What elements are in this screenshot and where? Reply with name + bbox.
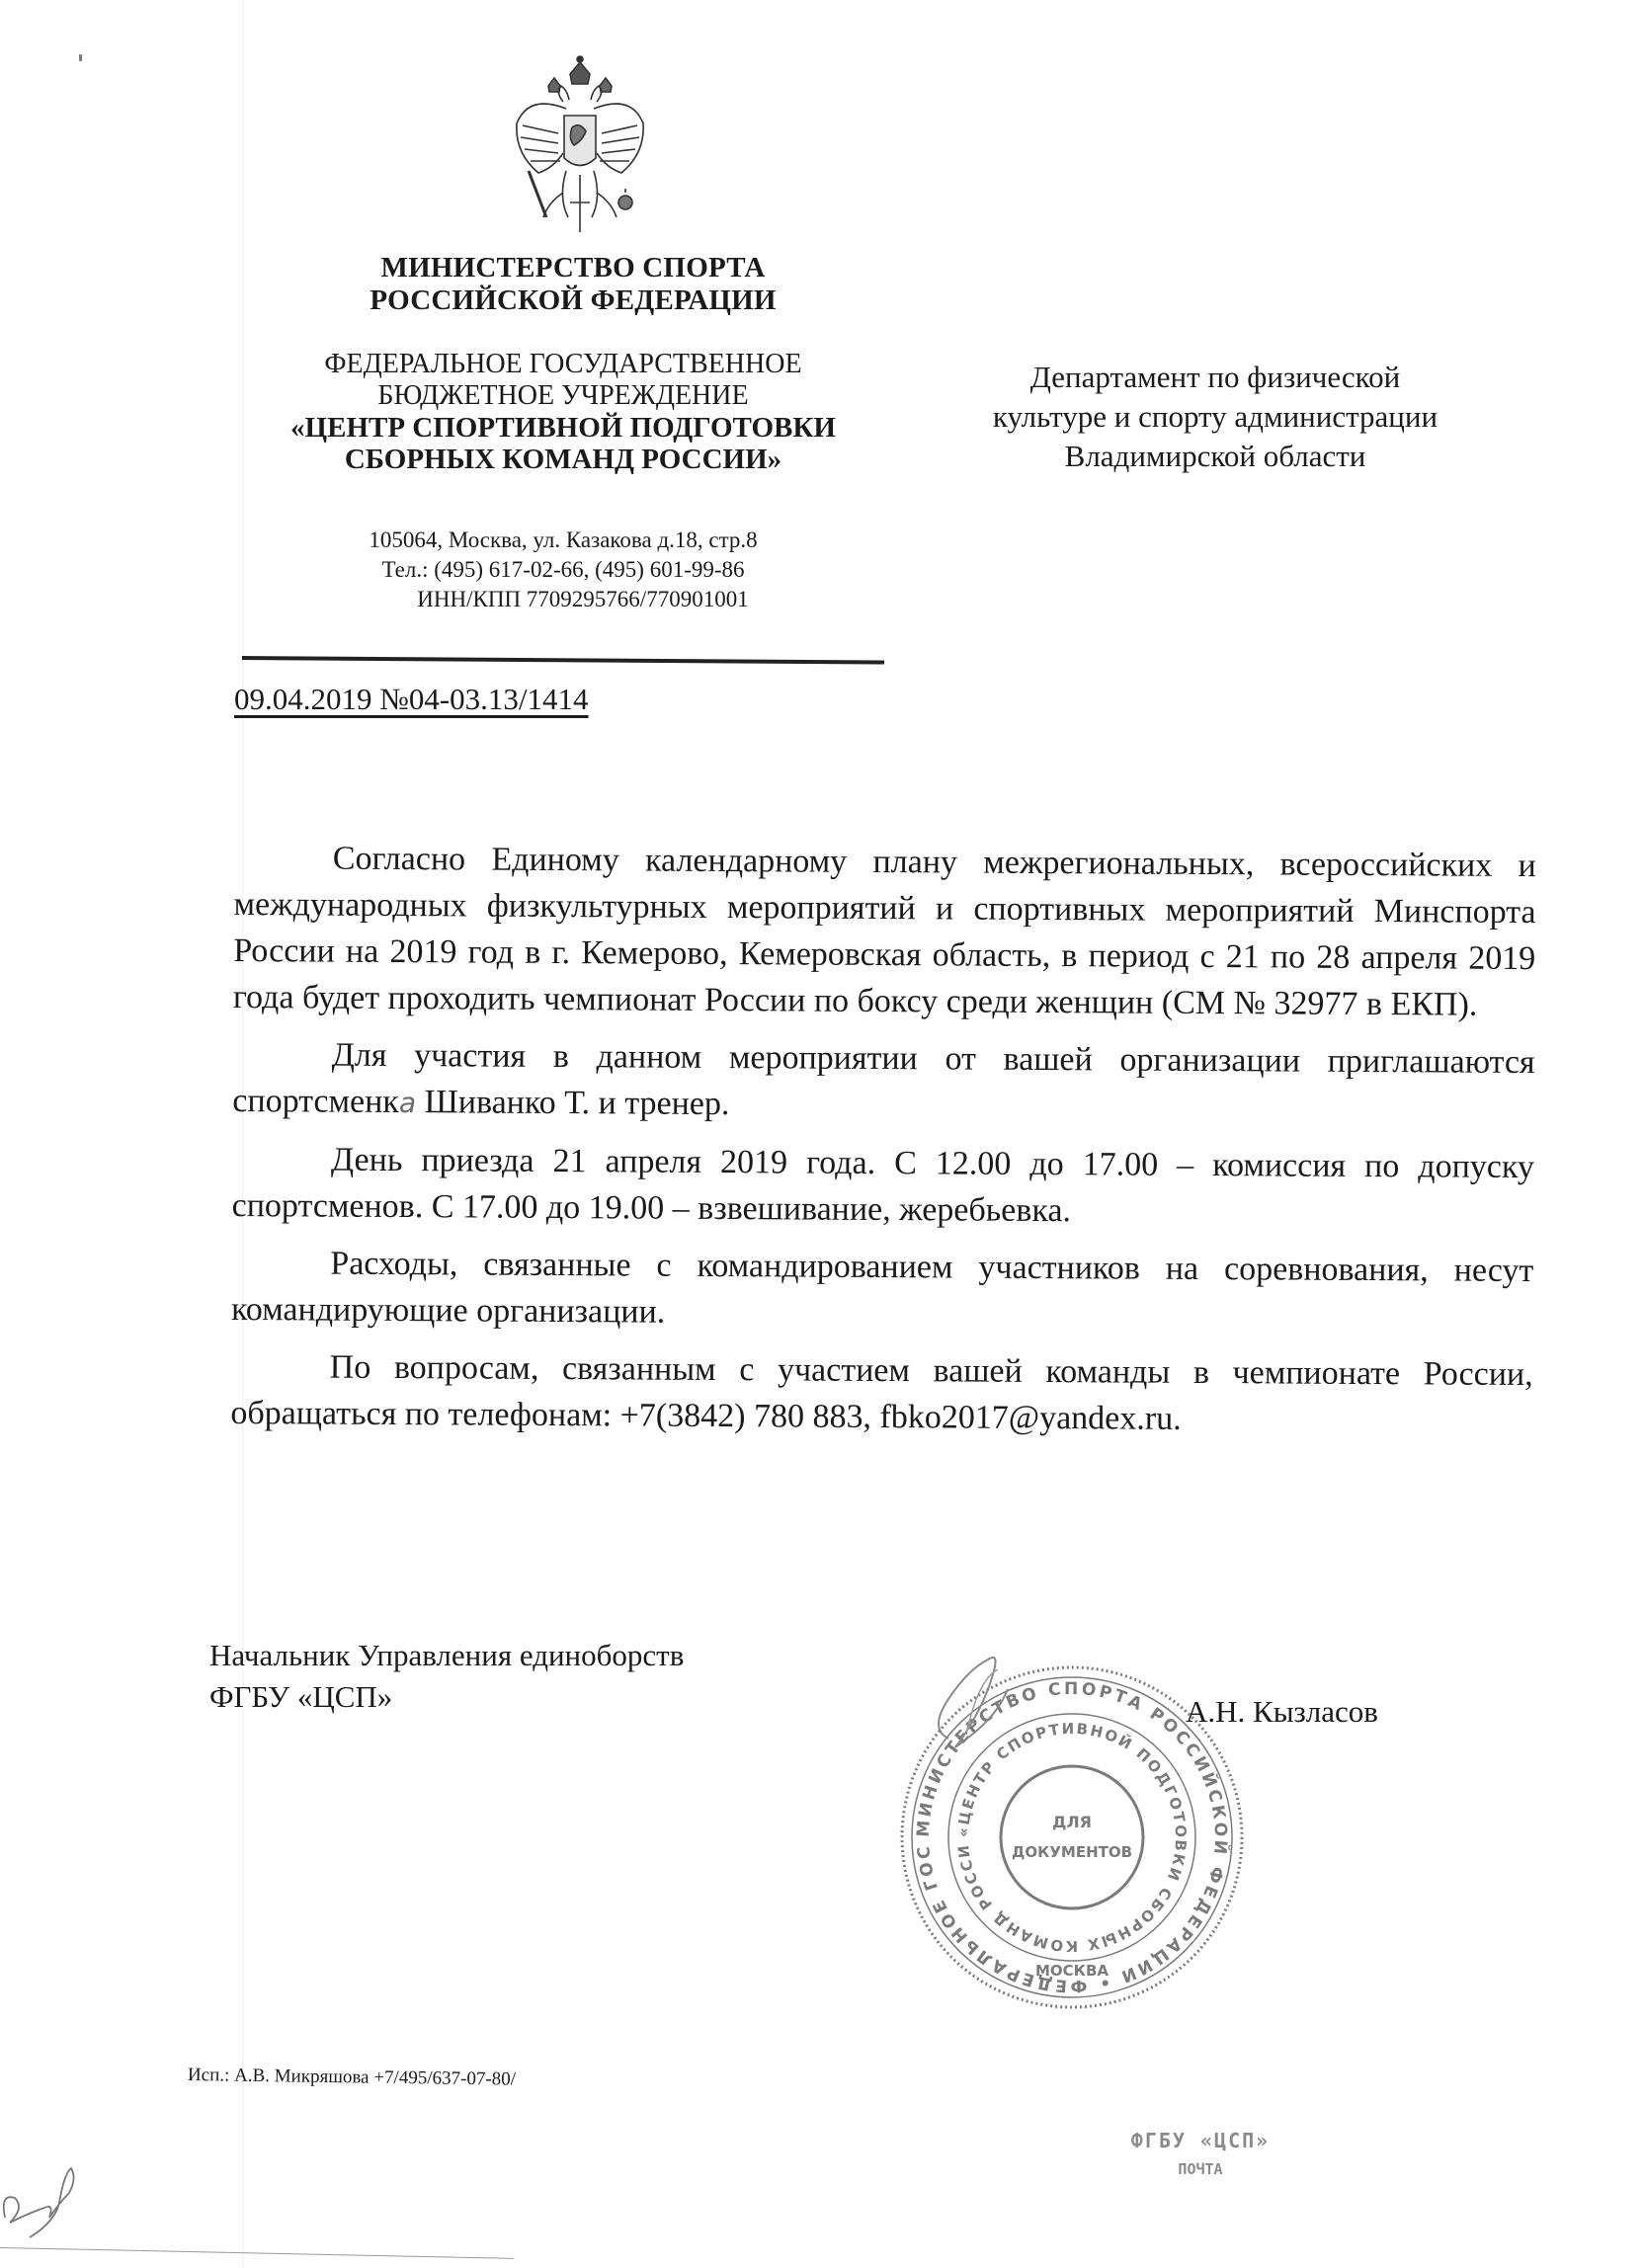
coat-of-arms-icon <box>509 54 652 247</box>
signatory-title-line-2: ФГБУ «ЦСП» <box>209 1676 684 1718</box>
organization-contacts: 105064, Москва, ул. Казакова д.18, стр.8… <box>296 526 830 614</box>
paragraph-2: Для участия в данном мероприятии от ваше… <box>232 1031 1535 1133</box>
document-reference: 09.04.2019 №04-03.13/1414 <box>234 682 589 717</box>
org-line-4: СБОРНЫХ КОМАНД РОССИИ» <box>267 444 860 475</box>
mail-stamp-line-2: ПОЧТА <box>1102 2160 1299 2178</box>
org-line-2: БЮДЖЕТНОЕ УЧРЕЖДЕНИЕ <box>267 380 860 412</box>
page-edge-shadow <box>0 2247 514 2259</box>
org-line-1: ФЕДЕРАЛЬНОЕ ГОСУДАРСТВЕННОЕ <box>267 349 860 380</box>
handwritten-correction: а <box>399 1087 416 1119</box>
ministry-line-2: РОССИЙСКОЙ ФЕДЕРАЦИИ <box>326 284 820 317</box>
paragraph-5: По вопросам, связанным с участием вашей … <box>230 1343 1533 1444</box>
paragraph-3: День приезда 21 апреля 2019 года. С 12.0… <box>232 1136 1535 1237</box>
letter-body: Согласно Единому календарному плану межр… <box>230 835 1536 1455</box>
signatory-title: Начальник Управления единоборств ФГБУ «Ц… <box>209 1635 684 1718</box>
organization-name: ФЕДЕРАЛЬНОЕ ГОСУДАРСТВЕННОЕ БЮДЖЕТНОЕ УЧ… <box>267 349 860 475</box>
recipient-line-3: Владимирской области <box>919 437 1512 476</box>
mail-stamp-line-1: ФГБУ «ЦСП» <box>1102 2129 1299 2152</box>
svg-text:ДЛЯ: ДЛЯ <box>1052 1813 1092 1831</box>
ministry-line-1: МИНИСТЕРСТВО СПОРТА <box>326 252 820 284</box>
signature-scribble-icon <box>889 1640 1087 1758</box>
paragraph-1: Согласно Единому календарному плану межр… <box>233 835 1536 1028</box>
recipient-line-1: Департамент по физической <box>919 358 1512 397</box>
inn-kpp: ИНН/КПП 7709295766/770901001 <box>296 585 830 614</box>
svg-text:ДОКУМЕНТОВ: ДОКУМЕНТОВ <box>1012 1843 1132 1861</box>
executor-line: Исп.: А.В. Микряшова +7/495/637-07-80/ <box>188 2065 516 2091</box>
signatory-title-line-1: Начальник Управления единоборств <box>209 1635 684 1676</box>
paragraph-2-text-end: Шиванко Т. и тренер. <box>416 1084 730 1122</box>
mail-stamp: ФГБУ «ЦСП» ПОЧТА <box>1102 2129 1299 2178</box>
paragraph-4: Расходы, связанные с командированием уча… <box>231 1240 1534 1340</box>
letterhead-divider <box>242 656 884 665</box>
recipient-line-2: культуре и спорту администрации <box>919 397 1512 437</box>
scan-speck <box>79 54 82 61</box>
signatory-name: А.Н. Кызласов <box>1186 1694 1378 1730</box>
ministry-name: МИНИСТЕРСТВО СПОРТА РОССИЙСКОЙ ФЕДЕРАЦИИ <box>326 252 820 317</box>
phones: Тел.: (495) 617-02-66, (495) 601-99-86 <box>296 555 830 585</box>
svg-text:МОСКВА: МОСКВА <box>1035 1962 1109 1980</box>
org-line-3: «ЦЕНТР СПОРТИВНОЙ ПОДГОТОВКИ <box>267 412 860 444</box>
recipient-block: Департамент по физической культуре и спо… <box>919 358 1512 476</box>
initials-scribble-icon <box>0 2163 79 2242</box>
address: 105064, Москва, ул. Казакова д.18, стр.8 <box>296 526 830 555</box>
